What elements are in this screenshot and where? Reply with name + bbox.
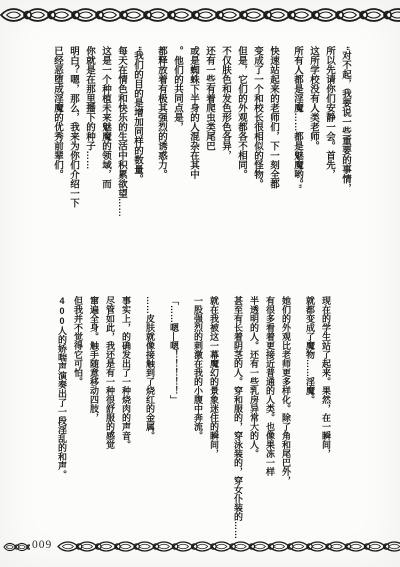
text-line: 所有人都是淫魔……都是魅魔哟。” [289, 46, 305, 244]
text-line: “我们的目的是增加同样的数量。 [129, 46, 145, 244]
text-line: 都释放着有极其强烈的诱惑力。 [153, 46, 169, 244]
text-line: 半透明的人。还有一些乳房异常大的人。 [246, 296, 262, 548]
text-line: 这是一个种植未来魅魔的领域，而 [97, 46, 113, 244]
text-line: 明白？嗯，那么，我来为你们介绍一下 [65, 46, 81, 244]
vertical-text-band-top: “对不起，我要说一些重要的事情，所以先请你们安静一会。首先，这所学校没有人类老师… [49, 46, 353, 244]
text-line: 她们的外观比老师更多样化。除了角和尾巴外， [278, 296, 294, 548]
text-line: 。他们的共同点是， [169, 46, 185, 244]
footer-chain-piece [3, 541, 30, 554]
text-line: 还有一些有着爬虫类尾巴 [201, 46, 217, 244]
paragraph: “对不起，我要说一些重要的事情，所以先请你们安静一会。首先，这所学校没有人类老师… [289, 46, 353, 244]
text-line: 有很多看着更接近普通的人类。也像果冻一样 [262, 296, 278, 548]
top-chain-border [0, 5, 400, 27]
text-line: 这所学校没有人类老师。 [305, 46, 321, 244]
text-line: 甚至有长着阴茎的人。穿和服的，穿泳装的，穿女仆装的…… [230, 296, 246, 548]
text-line: ……皮肤就像接触到了烧红的金属。 [142, 296, 158, 548]
text-line: 但我并不觉得它可怕。 [70, 296, 86, 548]
text-line: 你就是在那里播下的种子…… [81, 46, 97, 244]
page-number: 009 [32, 539, 52, 551]
novel-page: “对不起，我要说一些重要的事情，所以先请你们安静一会。首先，这所学校没有人类老师… [0, 0, 400, 567]
text-line: 每天在情色和快乐的生活中积累欲望…… [113, 46, 129, 244]
text-line: 现在的学生站了起来。果然，在一瞬间， [318, 296, 334, 548]
text-line: 就都变成了魔物……淫魔。 [302, 296, 318, 548]
bottom-chain-border [57, 539, 400, 555]
text-line: 变成了一个和校长很相似的怪物。 [249, 46, 265, 244]
text-line: 快速站起来的老师们，下一刻全都 [265, 46, 281, 244]
paragraph: 快速站起来的老师们，下一刻全都变成了一个和校长很相似的怪物。但是，它们的外观都各… [153, 46, 281, 244]
text-line: 一股强烈的刺激在我的小腹中奔流。 [190, 296, 206, 548]
paragraph: 事实上，的确发出了一种烧肉的声音。尽管如此，我还是有一种很舒服的感觉窜遍全身。触… [54, 296, 134, 548]
paragraph: ……皮肤就像接触到了烧红的金属。 [142, 296, 158, 548]
text-line: 所以先请你们安静一会。首先， [321, 46, 337, 244]
text-line: 不仅肤色和发色形色各异， [217, 46, 233, 244]
text-line: 但是，它们的外观都各不相同。 [233, 46, 249, 244]
text-line: “对不起，我要说一些重要的事情， [337, 46, 353, 244]
paragraph: 「……嗯—嗯！！！！！」 [166, 296, 182, 548]
paragraph: 她们的外观比老师更多样化。除了角和尾巴外，有很多看着更接近普通的人类。也像果冻一… [230, 296, 294, 548]
text-line: 尽管如此，我还是有一种很舒服的感觉 [102, 296, 118, 548]
vertical-text-band-bottom: 现在的学生站了起来。果然，在一瞬间，就都变成了魔物……淫魔。她们的外观比老师更多… [54, 296, 334, 548]
paragraph: 现在的学生站了起来。果然，在一瞬间，就都变成了魔物……淫魔。 [302, 296, 334, 548]
paragraph: 就在我被这一幕魔幻的景象迷住的瞬间，一股强烈的刺激在我的小腹中奔流。 [190, 296, 222, 548]
text-line: 或是蜘蛛下半身的人混杂在其中 [185, 46, 201, 244]
text-line: 「……嗯—嗯！！！！！」 [166, 296, 182, 548]
text-line: 400人的娇喘声演奏出了一段淫乱的和声。 [54, 296, 70, 548]
text-line: 已经恶堕成淫魔的优秀前辈们。 [49, 46, 65, 244]
paragraph: “我们的目的是增加同样的数量。每天在情色和快乐的生活中积累欲望……这是一个种植未… [49, 46, 145, 244]
text-line: 窜遍全身。触手随意移动四肢， [86, 296, 102, 548]
text-line: 就在我被这一幕魔幻的景象迷住的瞬间， [206, 296, 222, 548]
text-line: 事实上，的确发出了一种烧肉的声音。 [118, 296, 134, 548]
